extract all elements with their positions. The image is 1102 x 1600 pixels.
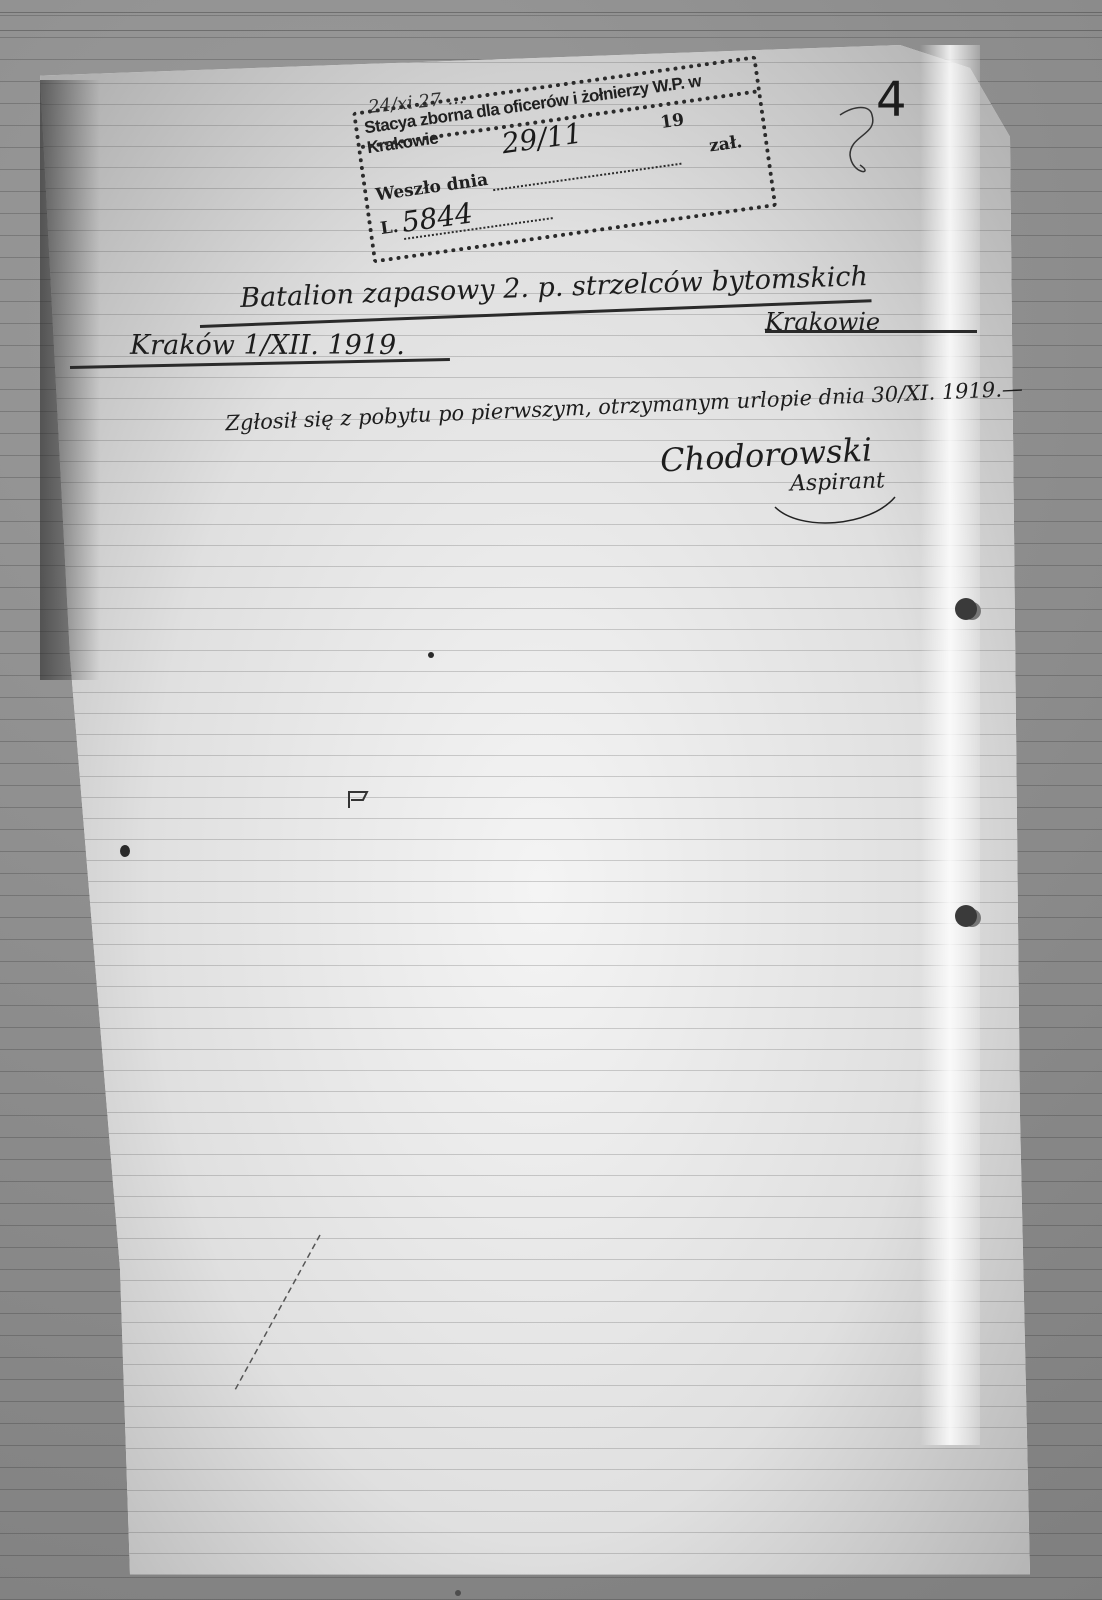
backdrop-line [0, 30, 1102, 31]
stamp-year-label: 19 [659, 110, 685, 133]
page-shadow [40, 80, 100, 680]
stamp-attachments-label: zał. [708, 132, 744, 156]
ink-spot [120, 845, 130, 857]
stamp-dotted-line [493, 163, 681, 191]
ink-spot [455, 1590, 461, 1596]
signature-flourish-icon [770, 492, 900, 532]
scribble-mark-icon [830, 95, 890, 185]
flag-mark-icon [345, 788, 373, 810]
backdrop-line [0, 12, 1102, 13]
pencil-stroke-icon [225, 1230, 325, 1400]
punch-hole [955, 598, 977, 620]
place-date: Kraków 1/XII. 1919. [130, 330, 405, 361]
stamp-number-label: L. [379, 217, 399, 239]
underline-rule [765, 330, 977, 333]
page-glare [920, 45, 980, 1445]
punch-hole [955, 905, 977, 927]
ink-spot [428, 652, 434, 658]
stamp-entered-label: Weszło dnia [374, 170, 489, 206]
